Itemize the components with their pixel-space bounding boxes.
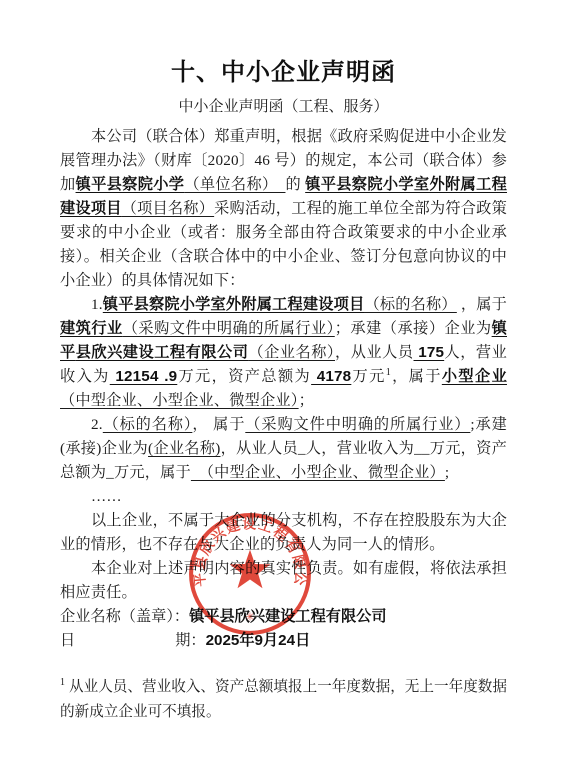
text-run: （单位名称） [184, 176, 285, 193]
text-run: （中型企业、小型企业、微型企业） [191, 464, 445, 481]
text-run: ； [299, 392, 314, 409]
document-title: 十、中小企业声明函 [60, 58, 507, 88]
text-run: (企业名称) [148, 440, 220, 457]
text-run: 12154 .9 [110, 368, 178, 385]
text-run: 175 [414, 344, 445, 361]
text-run: （中型企业、小型企业、微型企业） [60, 392, 299, 409]
text-run: …… [91, 488, 122, 505]
paragraph: 以上企业，不属于大企业的分支机构，不存在控股股东为大企业的情形，也不存在与大企业… [60, 509, 507, 557]
footnote-marker: 1 [60, 677, 65, 688]
footnote-text: 从业人员、营业收入、资产总额填报上一年度数据，无上一年度数据的新成立企业可不填报… [60, 679, 507, 720]
text-run: 的 [285, 176, 305, 193]
text-run: 万元 [351, 368, 385, 385]
paragraph: 本企业对上述声明内容的真实性负责。如有虚假，将依法承担相应责任。 [60, 557, 507, 605]
text-run: ，属于 [457, 296, 507, 313]
text-run: ， 属于 [192, 416, 245, 433]
text-run: ，从业人员 [335, 344, 414, 361]
text-run: 1. [91, 296, 103, 313]
paragraph: 2.（标的名称）， 属于（采购文件中明确的所属行业）;承建(承接)企业为(企业名… [60, 413, 507, 485]
text-run: 万元，资产总额为 [177, 368, 311, 385]
text-run: 本企业对上述声明内容的真实性负责。如有虚假，将依法承担相应责任。 [60, 560, 507, 601]
text-run: （采购文件中明确的所属行业） [245, 416, 470, 433]
company-label: 企业名称（盖章）： [60, 608, 189, 625]
company-name: 镇平县欣兴建设工程有限公司 [189, 608, 386, 625]
text-run: 镇平县察院小学 [76, 176, 185, 193]
document-body: 本公司（联合体）郑重声明，根据《政府采购促进中小企业发展管理办法》（财库〔202… [60, 125, 507, 605]
text-run: （采购文件中明确的所属行业） [123, 320, 335, 337]
text-run: 4178 [311, 368, 351, 385]
text-run: 2. [91, 416, 103, 433]
company-seal-row: 企业名称（盖章）：镇平县欣兴建设工程有限公司 [60, 605, 507, 629]
text-run: 县欣兴建设工程有限公司 [76, 344, 249, 361]
text-run: ; [445, 464, 449, 481]
footnote: 1从业人员、营业收入、资产总额填报上一年度数据，无上一年度数据的新成立企业可不填… [60, 675, 507, 725]
paragraph: 1.镇平县察院小学室外附属工程建设项目（标的名称） ，属于建筑行业（采购文件中明… [60, 293, 507, 413]
text-run: （项目名称） [122, 200, 214, 217]
text-run: 建筑行业 [60, 320, 123, 337]
text-run: ，属于 [391, 368, 442, 385]
paragraph: 本公司（联合体）郑重声明，根据《政府采购促进中小企业发展管理办法》（财库〔202… [60, 125, 507, 293]
date-label: 期： [175, 632, 205, 649]
document-subtitle: 中小企业声明函（工程、服务） [60, 97, 507, 117]
paragraph: …… [60, 485, 507, 509]
declaration-document-page: 十、中小企业声明函 中小企业声明函（工程、服务） 本公司（联合体）郑重声明，根据… [0, 0, 564, 770]
text-run: （标的名称） [103, 416, 193, 433]
text-run: ；承建（承接）企业为 [335, 320, 492, 337]
date-word: 日 [60, 632, 75, 649]
text-run: 小型企业 [442, 368, 507, 385]
date-row: 日期：2025年9月24日 [60, 629, 507, 653]
text-run: （标的名称） [364, 296, 456, 313]
text-run: 镇平县察院小学室外附属工程建设项目 [103, 296, 365, 313]
text-run: （企业名称） [248, 344, 335, 361]
date-value: 2025年9月24日 [206, 632, 311, 649]
text-run: 以上企业，不属于大企业的分支机构，不存在控股股东为大企业的情形，也不存在与大企业… [60, 512, 507, 553]
